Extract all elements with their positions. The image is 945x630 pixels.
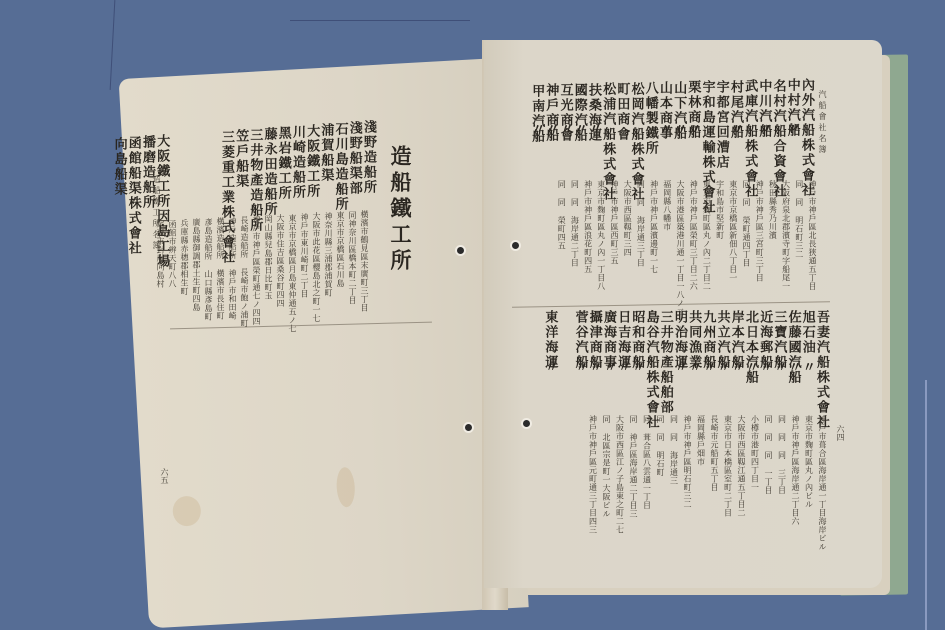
stain — [336, 467, 356, 508]
company-address: 橫濱造船所 橫濱市長住町 — [216, 217, 224, 320]
ditto-mark: 〃 — [673, 360, 686, 375]
company-address: 東京市麴町區丸ノ內一丁目八 — [597, 180, 605, 291]
ditto-mark: 〃 — [543, 360, 556, 375]
ditto-mark: 〃 — [559, 122, 572, 137]
company-name: 淺野造船所 — [362, 120, 375, 195]
company-address: 大阪市此花區櫻島北之町一七 — [312, 212, 320, 323]
ditto-mark: 〃 — [672, 122, 685, 137]
company-name: 向島船渠 — [113, 137, 126, 197]
company-address: 同 神戶區海岸通二丁目三 — [629, 415, 637, 518]
company-name: 浦賀船渠 — [319, 123, 332, 183]
ditto-mark: 〃 — [786, 122, 799, 137]
company-name: 旭石油 — [801, 310, 814, 355]
ditto-mark: 〃 — [530, 122, 543, 137]
company-address: 東京市麴町區丸ノ內二丁目二 — [702, 180, 710, 291]
ditto-mark: 〃 — [587, 122, 600, 137]
company-name: 石川島造船所 — [334, 122, 347, 212]
ditto-mark: 〃 — [787, 360, 800, 375]
running-head: 汽船會社名簿 — [818, 90, 826, 156]
ditto-mark: 〃 — [801, 360, 814, 375]
company-address: 神戶市神戶區海岸通二丁目六 — [791, 415, 799, 526]
company-name: 大阪鐵工所 — [305, 124, 318, 199]
page-number: 六四 — [836, 425, 844, 441]
company-address: 同 北區宗是町一大阪ビル — [602, 415, 610, 518]
company-name: 三井物產船舶部 — [659, 310, 672, 415]
company-address: 東京市麴町區丸ノ內ビル — [805, 415, 813, 509]
company-address: 橫濱市鶴見區末廣町三丁目 — [360, 210, 368, 312]
ditto-mark: 〃 — [574, 360, 587, 375]
company-address: 同 同 同 一丁目 — [764, 415, 772, 495]
company-name: 川崎造船所 — [291, 125, 304, 200]
table-edge-line — [925, 380, 927, 630]
company-address: 岡山縣兒島郡日比町玉 — [264, 215, 272, 300]
company-address: 同 同 海岸通三 — [670, 415, 678, 485]
company-address: 秋田縣秀乃川濱 — [768, 180, 776, 240]
company-address: 同 同 海岸通二丁目 — [570, 180, 578, 267]
company-address: 東京市京橋區月島東仲通五ノ七 — [288, 214, 296, 333]
ditto-mark: 〃 — [602, 360, 615, 375]
ditto-mark: 〃 — [573, 122, 586, 137]
ditto-mark: 〃 — [758, 360, 771, 375]
binding-hole — [510, 240, 521, 251]
company-name: 藤永田造船所 — [263, 127, 276, 217]
table-edge-line — [110, 0, 116, 90]
company-name: 八幡製鐵所 — [644, 81, 657, 156]
ditto-mark: 〃 — [716, 360, 729, 375]
company-address: 福岡縣戶畑市 — [697, 415, 705, 466]
company-address: 大阪市港區築港川通一丁目一八ノ二 — [676, 180, 684, 316]
company-address: 神戶市神戶區榮町通七ノ四四 — [252, 215, 260, 326]
company-address: 神戶造船所 神戶市和田崎 — [228, 217, 236, 320]
company-address: 東京市京橋區石川島 — [336, 211, 344, 288]
binding-hole — [455, 245, 466, 256]
company-address: 神戶市神戶區西町三五 — [610, 180, 618, 265]
ditto-mark: 〃 — [701, 360, 714, 375]
ditto-mark: 〃 — [730, 360, 743, 375]
section-title: 造船鐵工所 — [390, 145, 411, 275]
company-name: 宇都宮回漕店 — [715, 80, 728, 170]
company-address: 長崎市元船町五丁目 — [710, 415, 718, 492]
company-address: 神戶市神戶區濱邊町一七 — [650, 180, 658, 274]
company-name: 笠戶船渠 — [234, 129, 247, 189]
company-address: 神戶市神戶區元町通三丁目四三 — [589, 415, 597, 534]
company-address: 尾道市對岸向島村 — [156, 220, 164, 288]
company-address: 大阪府泉北郡濱寺町字船尾一 — [782, 180, 790, 291]
company-address: 神戶市神戶區榮町三丁目二六 — [689, 180, 697, 291]
company-name: 函館船渠株式會社 — [127, 136, 140, 256]
ditto-mark: 〃 — [757, 122, 770, 137]
company-address: 小樽市港町四丁目一 — [751, 415, 759, 492]
company-address: 兵庫縣赤穗郡相生町 — [180, 219, 188, 296]
company-address: 神戶市神戶區明石町三二 — [683, 415, 691, 509]
company-address: 同神奈川區橋本町二丁目 — [348, 211, 356, 305]
company-address: 神戶市神戶區北長狹通五丁目 — [808, 180, 816, 291]
company-address: 神戶市神戶區三宮町三丁目 — [755, 180, 763, 282]
ditto-mark: 〃 — [588, 360, 601, 375]
company-address: 同 葺合區八雲通一丁目 — [643, 415, 651, 510]
binding-hole — [463, 422, 474, 433]
company-name: 町田商會 — [615, 82, 628, 142]
company-address: 大阪市西區江ノ子島東之町二七 — [616, 415, 624, 534]
company-address: 神戶市神戶區浪花町四五 — [584, 180, 592, 274]
company-address: 神戶市東川崎町二丁目 — [300, 213, 308, 298]
binding-hole — [521, 418, 532, 429]
ditto-mark: 〃 — [772, 360, 785, 375]
company-address: 同 同 海岸通三丁目 — [636, 180, 644, 267]
company-name: 黑岩鐵工所 — [277, 126, 290, 201]
company-address: 同 同 同 三丁目 — [778, 415, 786, 495]
company-address: 同 同 榮町通四丁目 — [742, 180, 750, 267]
table-edge-line — [290, 20, 470, 21]
ditto-mark: 〃 — [686, 122, 699, 137]
company-address: 函館市辨天町八八 — [168, 220, 176, 288]
company-address: 大阪市西區靱町三四 — [623, 180, 631, 257]
company-address: 同 同 明石町 — [656, 415, 664, 477]
company-name: 島谷汽船株式會社 — [645, 310, 658, 430]
company-address: 東京市日本橋區室町二丁目 — [724, 415, 732, 517]
company-address: 東京市京橋區新佃八丁目一 — [729, 180, 737, 282]
ditto-mark: 〃 — [630, 360, 643, 375]
stain — [172, 495, 202, 527]
company-address: 神奈川縣三浦郡浦賀町 — [324, 212, 332, 297]
ditto-mark: 〃 — [544, 122, 557, 137]
company-address: 同 同 明石町三二 — [795, 180, 803, 259]
ditto-mark: 〃 — [744, 360, 757, 375]
ditto-mark: 〃 — [687, 360, 700, 375]
company-address: 宇和島市堅新町 — [716, 180, 724, 240]
ditto-mark: 〃 — [729, 122, 742, 137]
company-address: 大阪市西區靱江通五丁目二 — [737, 415, 745, 517]
company-address: 同 同 榮町四五 — [557, 180, 565, 250]
company-address: 廣島縣御調郡土生町四島 — [192, 218, 200, 312]
company-name: 播磨造船所 — [141, 135, 154, 210]
company-name: 吾妻汽船株式會社 — [815, 310, 828, 430]
company-address: 福岡縣八幡市 — [663, 180, 671, 231]
ditto-mark: 〃 — [658, 122, 671, 137]
company-address: 長崎造船所 長崎市飽ノ浦町 — [240, 216, 248, 328]
company-address: 大阪市住吉區桑谷町四四 — [276, 214, 284, 308]
page-number: 六五 — [160, 468, 168, 484]
ditto-mark: 〃 — [616, 360, 629, 375]
company-address: 彥島造船所 山口縣彥島町 — [204, 218, 212, 321]
company-address: 神戶市葺合區海岸通一丁目海岸ビル — [818, 415, 826, 551]
company-name: 淺野船渠部 — [348, 121, 361, 196]
